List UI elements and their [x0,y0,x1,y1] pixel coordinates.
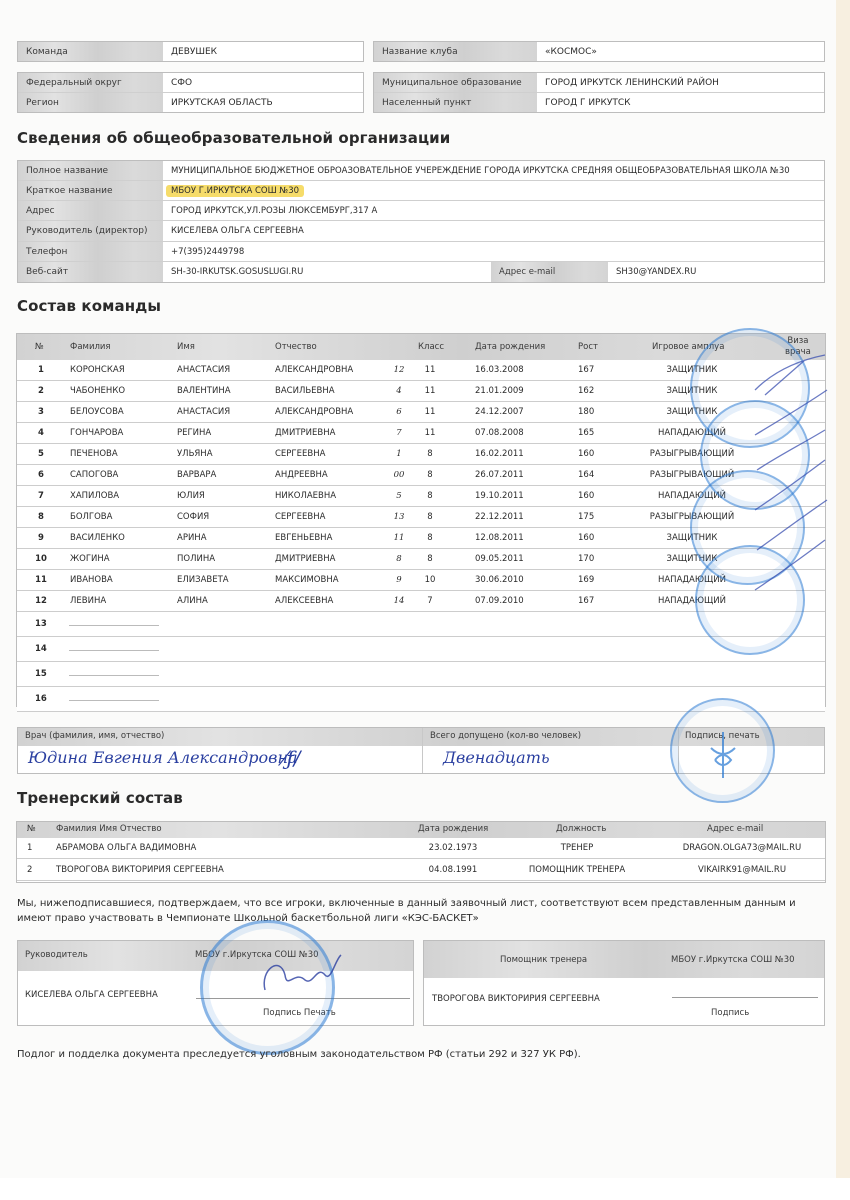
player-height: 180 [578,402,594,423]
col-birth: Дата рождения [475,342,545,352]
player-row: 8БОЛГОВАСОФИЯСЕРГЕЕВНА822.12.2011175РАЗЫ… [17,507,825,528]
player-height: 170 [578,549,594,570]
player-grade: 11 [418,402,442,423]
player-grade: 8 [418,465,442,486]
player-patronymic: АЛЕКСАНДРОВНА [275,402,353,423]
doctor-total-label: Всего допущено (кол-во человек) [430,731,581,741]
player-grade: 11 [418,360,442,381]
phone-label: Телефон [26,247,67,257]
director-value: КИСЕЛЕВА ОЛЬГА СЕРГЕЕВНА [171,226,304,236]
player-name: ВАЛЕНТИНА [177,381,231,402]
caduceus-icon [705,730,741,780]
player-row-num: 1 [35,360,47,381]
player-height: 167 [578,360,594,381]
coach-col-birth: Дата рождения [418,824,488,834]
footer-note: Подлог и подделка документа преследуется… [17,1047,581,1062]
player-patronymic: АЛЕКСЕЕВНА [275,591,333,612]
coach-position: ПОМОЩНИК ТРЕНЕРА [522,860,632,881]
director-row: Руководитель (директор) КИСЕЛЕВА ОЛЬГА С… [18,221,824,242]
col-grade: Класс [418,342,444,352]
player-grade: 8 [418,507,442,528]
player-height: 165 [578,423,594,444]
player-role: ЗАЩИТНИК [637,360,747,381]
player-role: ЗАЩИТНИК [637,528,747,549]
player-patronymic: ДМИТРИЕВНА [275,423,335,444]
player-height: 160 [578,528,594,549]
player-patronymic: ЕВГЕНЬЕВНА [275,528,332,549]
player-jersey-number: 12 [387,360,411,381]
col-name: Имя [177,342,195,352]
coach-fullname: АБРАМОВА ОЛЬГА ВАДИМОВНА [56,838,196,859]
locality-value: ГОРОД Г ИРКУТСК [537,93,824,112]
player-row-num: 4 [35,423,47,444]
district-label: Федеральный округ [18,73,163,93]
empty-player-row: 13 [17,612,825,637]
player-row: 12ЛЕВИНААЛИНААЛЕКСЕЕВНА707.09.2010167НАП… [17,591,825,612]
player-row-num: 6 [35,465,47,486]
signature-left-box: Руководитель МБОУ г.Иркутска СОШ №30 КИС… [17,940,414,1026]
coaches-section-title: Тренерский состав [17,789,183,807]
player-surname: ГОНЧАРОВА [70,423,123,444]
player-row-num: 5 [35,444,47,465]
col-patronymic: Отчество [275,342,317,352]
doctor-signature-icon: ⁄ƒ/ [283,746,300,770]
col-visa-line1: Виза [787,336,808,346]
blank-line [69,675,159,676]
sign-right-role: Помощник тренера [500,955,587,965]
col-surname: Фамилия [70,342,111,352]
player-jersey-number: 4 [387,381,411,402]
email-value: SH30@YANDEX.RU [616,267,696,277]
coach-col-email: Адрес e-mail [707,824,763,834]
player-row: 10ЖОГИНАПОЛИНАДМИТРИЕВНА809.05.2011170ЗА… [17,549,825,570]
player-surname: ЧАБОНЕНКО [70,381,125,402]
player-patronymic: МАКСИМОВНА [275,570,339,591]
player-birth-date: 07.09.2010 [475,591,524,612]
player-row: 2ЧАБОНЕНКОВАЛЕНТИНАВАСИЛЬЕВНА1121.01.200… [17,381,825,402]
player-name: АРИНА [177,528,207,549]
player-name: РЕГИНА [177,423,211,444]
player-patronymic: ВАСИЛЬЕВНА [275,381,335,402]
phone-value: +7(395)2449798 [171,247,244,257]
website-label: Веб-сайт [26,267,68,277]
player-row: 6САПОГОВАВАРВАРААНДРЕЕВНА826.07.2011164Р… [17,465,825,486]
player-row: 9ВАСИЛЕНКОАРИНАЕВГЕНЬЕВНА812.08.2011160З… [17,528,825,549]
doctor-box: Врач (фамилия, имя, отчество) Всего допу… [17,727,825,774]
coach-num: 2 [27,860,32,881]
player-surname: САПОГОВА [70,465,118,486]
player-grade: 11 [418,381,442,402]
district-value: СФО [163,73,363,93]
player-row-num: 10 [35,549,47,570]
player-role: ЗАЩИТНИК [637,381,747,402]
player-jersey-number: 14 [387,591,411,612]
club-box: Название клуба «КОСМОС» [373,41,825,62]
player-name: ЕЛИЗАВЕТА [177,570,229,591]
player-name: ВАРВАРА [177,465,216,486]
player-jersey-number: 5 [387,486,411,507]
player-birth-date: 07.08.2008 [475,423,524,444]
coach-fullname: ТВОРОГОВА ВИКТОРИРИЯ СЕРГЕЕВНА [56,860,224,881]
municipality-value: ГОРОД ИРКУТСК ЛЕНИНСКИЙ РАЙОН [537,73,824,93]
coach-position: ТРЕНЕР [522,838,632,859]
player-surname: КОРОНСКАЯ [70,360,125,381]
roster-section-title: Состав команды [17,297,161,315]
player-grade: 8 [418,486,442,507]
player-role: РАЗЫГРЫВАЮЩИЙ [637,444,747,465]
player-birth-date: 24.12.2007 [475,402,524,423]
doctor-name-label: Врач (фамилия, имя, отчество) [25,731,164,741]
empty-player-row: 14 [17,637,825,662]
player-name: АЛИНА [177,591,208,612]
blank-line [69,650,159,651]
address-row: Адрес ГОРОД ИРКУТСК,УЛ.РОЗЫ ЛЮКСЕМБУРГ,3… [18,201,824,221]
player-row: 5ПЕЧЕНОВАУЛЬЯНАСЕРГЕЕВНА816.02.2011160РА… [17,444,825,465]
region-value: ИРКУТСКАЯ ОБЛАСТЬ [163,93,363,112]
player-row-num: 7 [35,486,47,507]
sign-right-line [672,997,818,998]
player-role: НАПАДАЮЩИЙ [637,423,747,444]
player-row-num: 12 [35,591,47,612]
player-name: ПОЛИНА [177,549,215,570]
player-height: 162 [578,381,594,402]
player-height: 160 [578,486,594,507]
player-jersey-number: 6 [387,402,411,423]
coach-birth-date: 04.08.1991 [418,860,488,881]
col-height: Рост [578,342,598,352]
municipality-box: Муниципальное образование ГОРОД ИРКУТСК … [373,72,825,113]
player-patronymic: НИКОЛАЕВНА [275,486,336,507]
player-row: 3БЕЛОУСОВААНАСТАСИЯАЛЕКСАНДРОВНА1124.12.… [17,402,825,423]
player-patronymic: АНДРЕЕВНА [275,465,328,486]
player-grade: 10 [418,570,442,591]
empty-player-row: 15 [17,662,825,687]
sign-right-name: ТВОРОГОВА ВИКТОРИРИЯ СЕРГЕЕВНА [432,994,600,1004]
player-role: ЗАЩИТНИК [637,402,747,423]
player-birth-date: 16.03.2008 [475,360,524,381]
region-box: Федеральный округ СФО Регион ИРКУТСКАЯ О… [17,72,364,113]
address-label: Адрес [26,206,55,216]
player-height: 164 [578,465,594,486]
player-height: 175 [578,507,594,528]
school-table: Полное название МУНИЦИПАЛЬНОЕ БЮДЖЕТНОЕ … [17,160,825,283]
phone-row: Телефон +7(395)2449798 [18,242,824,262]
player-row: 11ИВАНОВАЕЛИЗАВЕТАМАКСИМОВНА1030.06.2010… [17,570,825,591]
player-surname: ВАСИЛЕНКО [70,528,125,549]
player-birth-date: 09.05.2011 [475,549,524,570]
player-height: 160 [578,444,594,465]
player-grade: 8 [418,528,442,549]
short-name-label: Краткое название [26,186,112,196]
player-row: 4ГОНЧАРОВАРЕГИНАДМИТРИЕВНА1107.08.200816… [17,423,825,444]
roster-header-row: № Фамилия Имя Отчество Класс Дата рожден… [17,334,825,360]
player-name: СОФИЯ [177,507,209,528]
coach-num: 1 [27,838,32,859]
player-row-num: 14 [35,637,47,662]
player-jersey-number: 11 [387,528,411,549]
locality-label: Населенный пункт [374,93,537,112]
address-value: ГОРОД ИРКУТСК,УЛ.РОЗЫ ЛЮКСЕМБУРГ,317 А [171,206,377,216]
player-birth-date: 26.07.2011 [475,465,524,486]
player-patronymic: СЕРГЕЕВНА [275,507,325,528]
website-row: Веб-сайт SH-30-IRKUTSK.GOSUSLUGI.RU Адре… [18,262,824,282]
club-label: Название клуба [374,42,537,61]
player-grade: 11 [418,423,442,444]
col-num: № [35,342,44,352]
player-jersey-number: 00 [387,465,411,486]
sign-left-name: КИСЕЛЕВА ОЛЬГА СЕРГЕЕВНА [25,990,158,1000]
municipality-label: Муниципальное образование [374,73,537,93]
player-row-num: 3 [35,402,47,423]
doctor-name-value: Юдина Евгения Александровна [28,748,298,767]
blank-line [69,625,159,626]
player-row-num: 11 [35,570,47,591]
player-surname: ХАПИЛОВА [70,486,119,507]
player-row-num: 8 [35,507,47,528]
player-name: АНАСТАСИЯ [177,360,230,381]
full-name-row: Полное название МУНИЦИПАЛЬНОЕ БЮДЖЕТНОЕ … [18,161,824,181]
player-patronymic: СЕРГЕЕВНА [275,444,325,465]
coaches-header-row: № Фамилия Имя Отчество Дата рождения Дол… [17,822,825,838]
player-role: ЗАЩИТНИК [637,549,747,570]
sign-right-caption: Подпись [711,1008,749,1018]
player-birth-date: 21.01.2009 [475,381,524,402]
player-jersey-number: 7 [387,423,411,444]
player-jersey-number: 9 [387,570,411,591]
player-birth-date: 16.02.2011 [475,444,524,465]
player-height: 169 [578,570,594,591]
player-birth-date: 12.08.2011 [475,528,524,549]
player-grade: 8 [418,444,442,465]
coach-row: 2ТВОРОГОВА ВИКТОРИРИЯ СЕРГЕЕВНА04.08.199… [17,860,825,881]
player-row-num: 2 [35,381,47,402]
player-row-num: 15 [35,662,47,687]
player-jersey-number: 13 [387,507,411,528]
player-role: НАПАДАЮЩИЙ [637,591,747,612]
signature-right-box: Помощник тренера МБОУ г.Иркутска СОШ №30… [423,940,825,1026]
coach-birth-date: 23.02.1973 [418,838,488,859]
email-label: Адрес e-mail [499,267,555,277]
player-jersey-number: 8 [387,549,411,570]
club-value: «КОСМОС» [537,42,824,61]
player-role: РАЗЫГРЫВАЮЩИЙ [637,507,747,528]
coach-col-num: № [27,824,36,834]
director-label: Руководитель (директор) [26,226,148,236]
doctor-total-value: Двенадцать [443,748,550,767]
player-birth-date: 19.10.2011 [475,486,524,507]
player-role: РАЗЫГРЫВАЮЩИЙ [637,465,747,486]
team-label: Команда [18,42,163,61]
empty-player-row: 16 [17,687,825,712]
region-label: Регион [18,93,163,112]
player-name: АНАСТАСИЯ [177,402,230,423]
coach-row: 1АБРАМОВА ОЛЬГА ВАДИМОВНА23.02.1973ТРЕНЕ… [17,838,825,859]
sign-left-role: Руководитель [25,950,88,960]
website-value: SH-30-IRKUTSK.GOSUSLUGI.RU [171,267,303,277]
coach-col-fullname: Фамилия Имя Отчество [56,824,162,834]
player-role: НАПАДАЮЩИЙ [637,486,747,507]
player-jersey-number: 1 [387,444,411,465]
player-birth-date: 22.12.2011 [475,507,524,528]
player-patronymic: АЛЕКСАНДРОВНА [275,360,353,381]
player-row-num: 13 [35,612,47,637]
col-role: Игровое амплуа [652,342,724,352]
full-name-label: Полное название [26,166,171,176]
player-surname: ПЕЧЕНОВА [70,444,118,465]
player-row: 7ХАПИЛОВАЮЛИЯНИКОЛАЕВНА819.10.2011160НАП… [17,486,825,507]
player-height: 167 [578,591,594,612]
player-row: 1КОРОНСКАЯАНАСТАСИЯАЛЕКСАНДРОВНА1116.03.… [17,360,825,381]
player-surname: ЛЕВИНА [70,591,106,612]
director-signature-icon [255,950,345,1010]
player-role: НАПАДАЮЩИЙ [637,570,747,591]
player-name: УЛЬЯНА [177,444,213,465]
doctor-signatures-icon [745,350,835,610]
player-grade: 8 [418,549,442,570]
confirmation-text: Мы, нижеподписавшиеся, подтверждаем, что… [17,896,829,926]
player-row-num: 16 [35,687,47,712]
player-surname: БЕЛОУСОВА [70,402,124,423]
player-surname: ИВАНОВА [70,570,113,591]
blank-line [69,700,159,701]
school-section-title: Сведения об общеобразовательной организа… [17,129,450,147]
coach-col-position: Должность [556,824,606,834]
paper-edge [836,0,850,1178]
player-birth-date: 30.06.2010 [475,570,524,591]
team-value: ДЕВУШЕК [163,42,363,61]
player-patronymic: ДМИТРИЕВНА [275,549,335,570]
coach-email: DRAGON.OLGA73@MAIL.RU [667,838,817,859]
player-surname: БОЛГОВА [70,507,112,528]
short-name-row: Краткое название МБОУ Г.ИРКУТСКА СОШ №30 [18,181,824,201]
player-surname: ЖОГИНА [70,549,110,570]
full-name-value: МУНИЦИПАЛЬНОЕ БЮДЖЕТНОЕ ОБРОАЗОВАТЕЛЬНОЕ… [171,166,790,176]
team-box: Команда ДЕВУШЕК [17,41,364,62]
short-name-value: МБОУ Г.ИРКУТСКА СОШ №30 [166,185,304,197]
coach-email: VIKAIRK91@MAIL.RU [667,860,817,881]
sign-right-org: МБОУ г.Иркутска СОШ №30 [671,955,795,965]
player-name: ЮЛИЯ [177,486,205,507]
player-grade: 7 [418,591,442,612]
player-row-num: 9 [35,528,47,549]
